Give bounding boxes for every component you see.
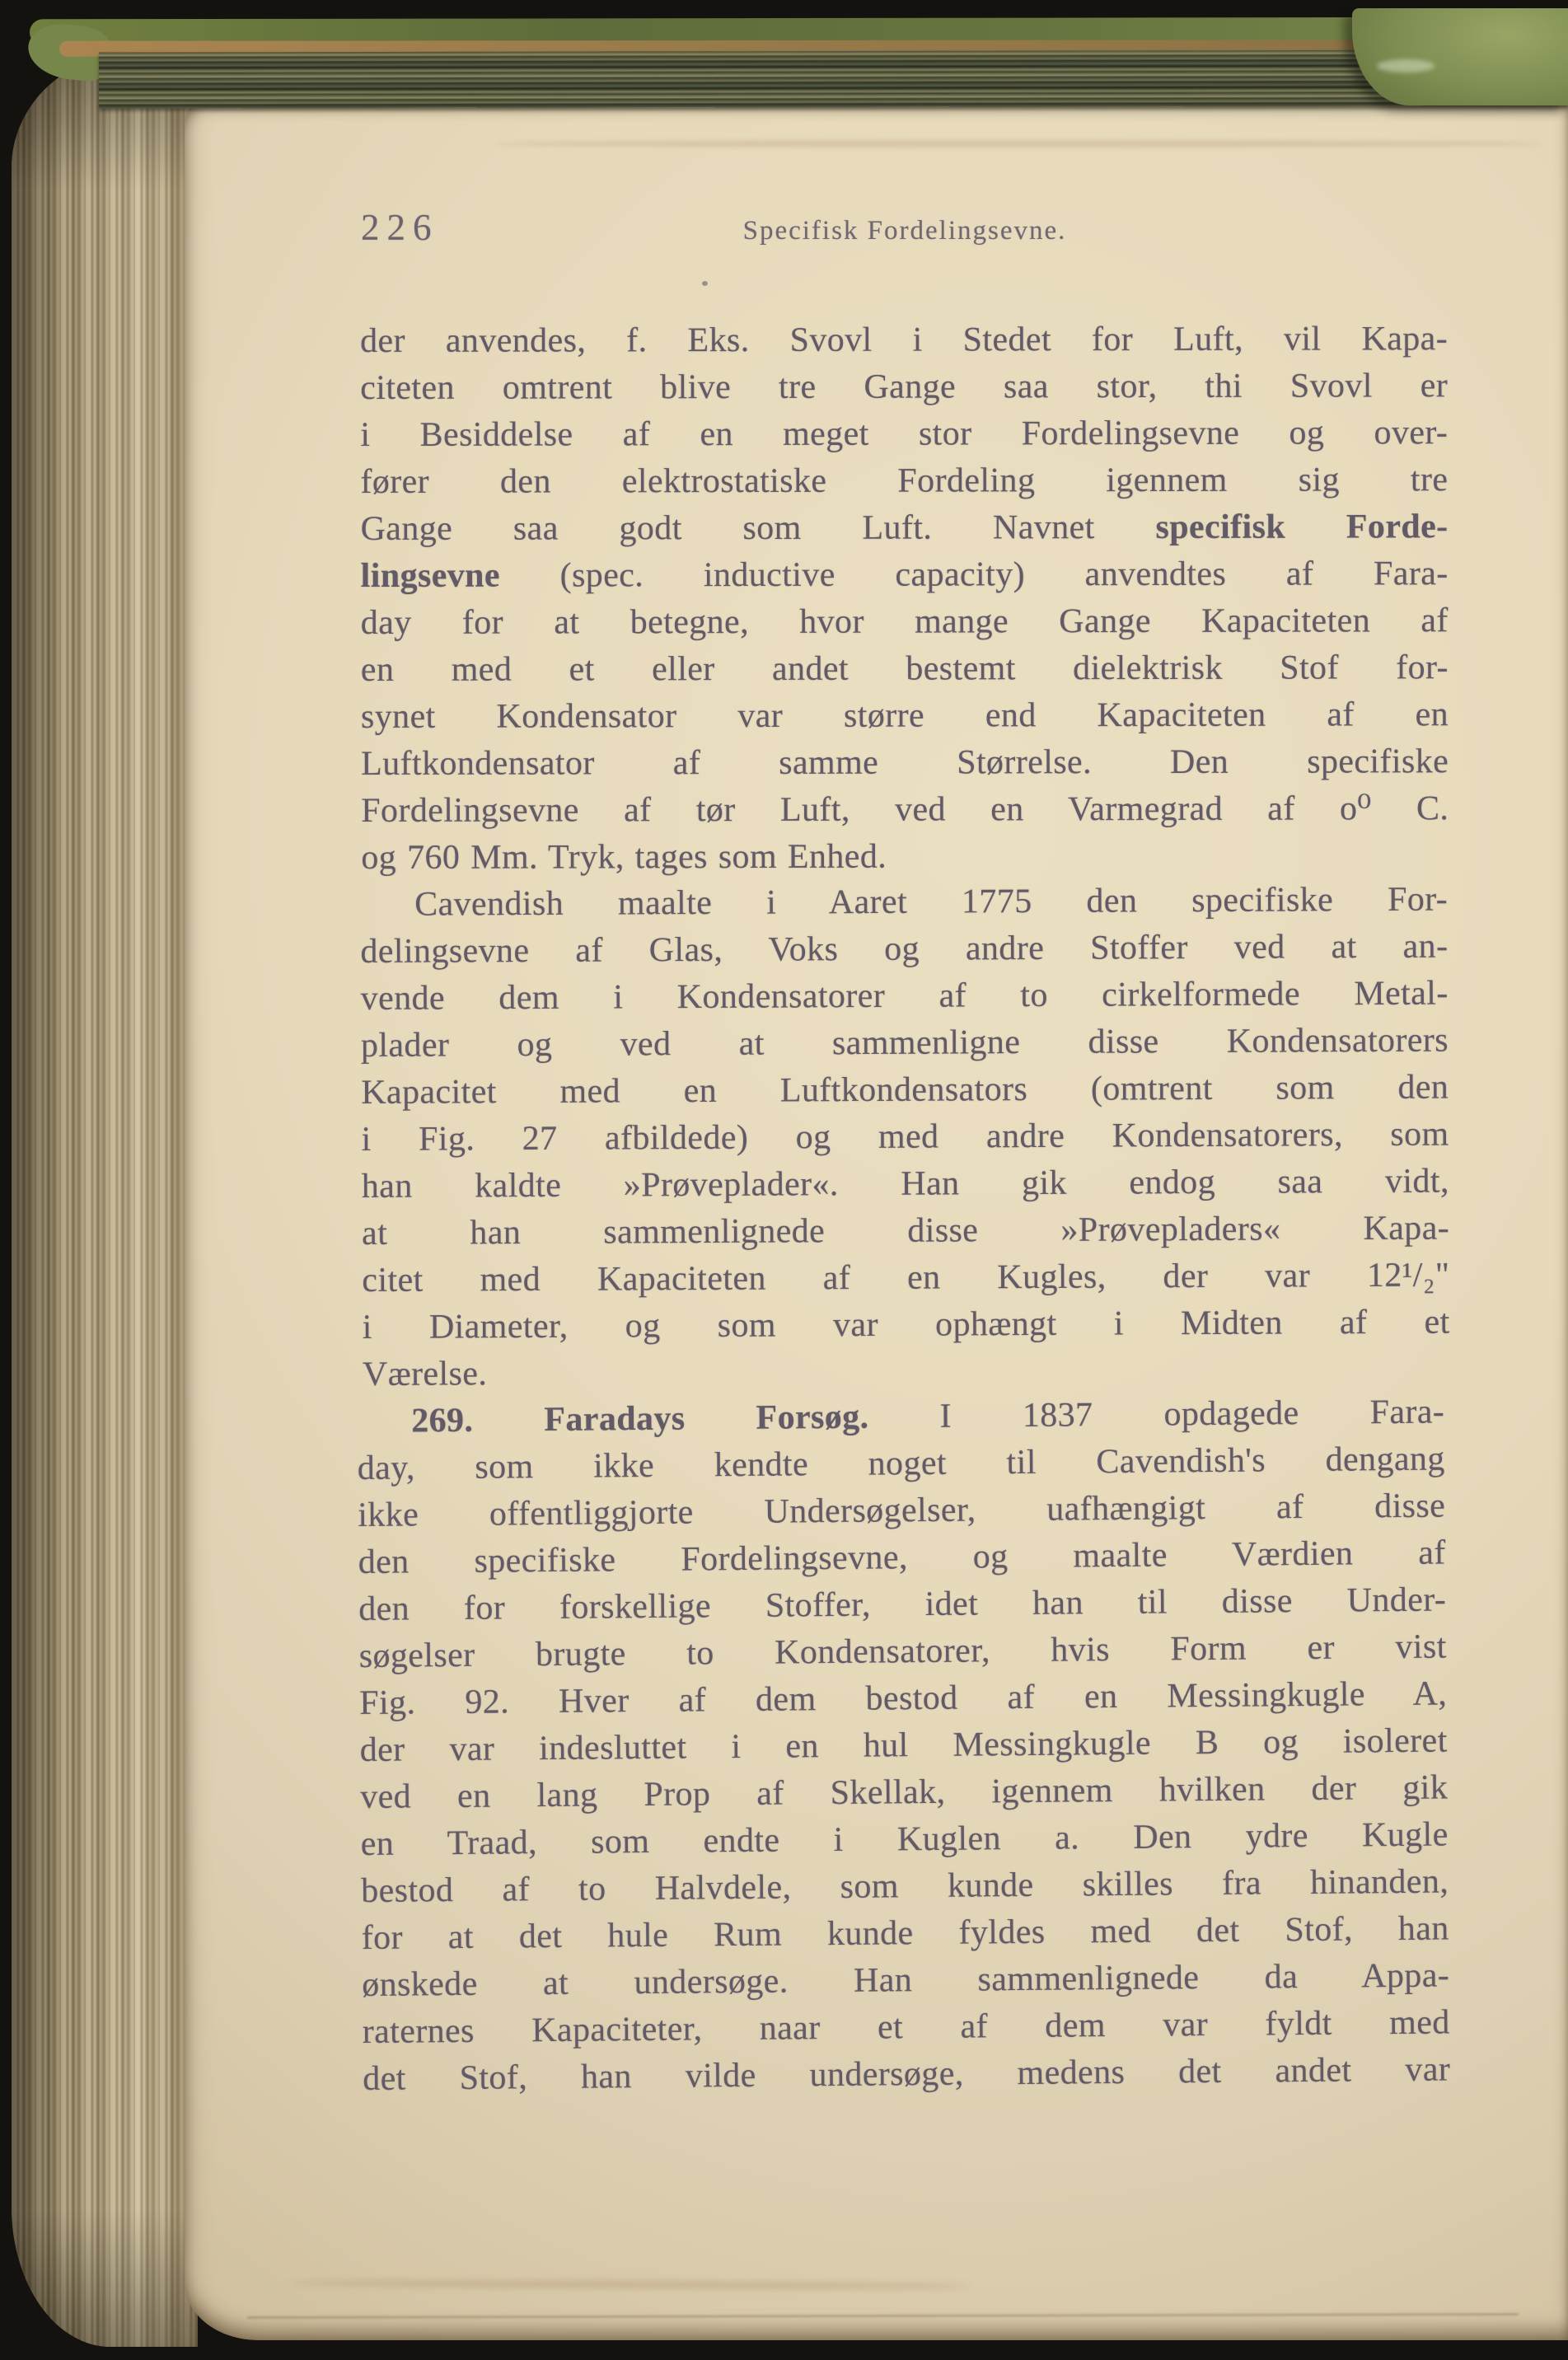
text-line: fører den elektrostatiske Fordeling igen…: [360, 457, 1448, 506]
text-segment: citet med Kapaciteten af en Kugles, der …: [362, 1257, 1449, 1299]
text-segment: delingsevne af Glas, Voks og andre Stoff…: [360, 928, 1448, 971]
paragraph: der anvendes, f. Eks. Svovl i Stedet for…: [360, 316, 1449, 882]
text-line: citeten omtrent blive tre Gange saa stor…: [360, 363, 1448, 412]
page-fore-edges: [12, 53, 198, 2347]
text-segment: det Stof, han vilde undersøge, medens de…: [363, 2050, 1450, 2098]
text-segment: citeten omtrent blive tre Gange saa stor…: [360, 367, 1448, 407]
text-segment: Kapacitet med en Luftkondensators (omtre…: [361, 1069, 1449, 1112]
paragraph: 269. Faradays Forsøg. I 1837 opdagede Fa…: [357, 1389, 1450, 2103]
text-segment: han kaldte »Prøveplader«. Han gik endog …: [362, 1163, 1449, 1206]
text-segment: ved en lang Prop af Skellak, igennem hvi…: [360, 1768, 1448, 1816]
text-line: i Diameter, og som var ophængt i Midten …: [363, 1299, 1450, 1351]
text-segment: fører den elektrostatiske Fordeling igen…: [360, 461, 1448, 501]
book-photo: 226 Specifisk Fordelingsevne. der anvend…: [0, 0, 1568, 2360]
text-line: day for at betegne, hvor mange Gange Kap…: [361, 597, 1449, 647]
text-line: lingsevne (spec. inductive capacity) anv…: [361, 550, 1449, 600]
text-segment: Luftkondensator af samme Størrelse. Den …: [361, 742, 1449, 783]
text-line: og 760 Mm. Tryk, tages som Enhed.: [361, 832, 1449, 882]
text-line: Luftkondensator af samme Størrelse. Den …: [361, 738, 1449, 788]
text-segment: i Besiddelse af en meget stor Fordelings…: [360, 414, 1448, 454]
text-line: vende dem i Kondensatorer af to cirkelfo…: [361, 971, 1449, 1023]
page-smudge-top: [494, 140, 1543, 147]
text-segment: at han sammenlignede disse »Prøvepladers…: [362, 1210, 1449, 1253]
text-segment: den specifiske Fordelingsevne, og maalte…: [358, 1534, 1446, 1582]
text-segment: synet Kondensator var større end Kapacit…: [361, 695, 1449, 736]
bold-text-segment: lingsevne: [361, 557, 500, 595]
text-line: plader og ved at sammenligne disse Konde…: [361, 1018, 1449, 1070]
page-top-edges: [99, 49, 1568, 108]
text-line: synet Kondensator var større end Kapacit…: [361, 691, 1449, 741]
text-segment: raternes Kapaciteter, naar et af dem var…: [363, 2003, 1450, 2051]
text-line: han kaldte »Prøveplader«. Han gik endog …: [362, 1159, 1449, 1210]
text-segment: den for forskellige Stoffer, idet han ti…: [358, 1581, 1446, 1629]
text-line: i Fig. 27 afbildede) og med andre Konden…: [361, 1112, 1449, 1164]
text-segment: plader og ved at sammenligne disse Konde…: [361, 1022, 1449, 1065]
text-segment: day, som ikke kendte noget til Cavendish…: [358, 1440, 1445, 1488]
running-header: Specifisk Fordelingsevne.: [361, 216, 1449, 246]
text-line: en med et eller andet bestemt dielektris…: [361, 644, 1449, 694]
bold-text-segment: specifisk Forde-: [1155, 508, 1448, 546]
paragraph: Cavendish maalte i Aaret 1775 den specif…: [360, 877, 1450, 1398]
text-segment: i Fig. 27 afbildede) og med andre Konden…: [361, 1116, 1449, 1159]
text-line: Kapacitet med en Luftkondensators (omtre…: [361, 1065, 1449, 1117]
page-text: der anvendes, f. Eks. Svovl i Stedet for…: [360, 318, 1448, 2103]
text-line: der anvendes, f. Eks. Svovl i Stedet for…: [360, 316, 1448, 365]
book-cover-corner-right: [1352, 8, 1568, 105]
text-segment: Fordelingsevne af tør Luft, ved en Varme…: [361, 789, 1449, 830]
text-line: at han sammenlignede disse »Prøvepladers…: [362, 1206, 1449, 1257]
text-segment: og 760 Mm. Tryk, tages som Enhed.: [361, 838, 887, 877]
text-segment: der anvendes, f. Eks. Svovl i Stedet for…: [360, 320, 1448, 360]
text-segment: en med et eller andet bestemt dielektris…: [361, 649, 1449, 689]
text-segment: ikke offentliggjorte Undersøgelser, uafh…: [358, 1487, 1445, 1535]
text-line: delingsevne af Glas, Voks og andre Stoff…: [360, 924, 1448, 976]
text-segment: I 1837 opdagede Fara-: [868, 1393, 1444, 1436]
text-segment: day for at betegne, hvor mange Gange Kap…: [361, 602, 1449, 642]
text-segment: vende dem i Kondensatorer af to cirkelfo…: [361, 975, 1449, 1018]
text-line: citet med Kapaciteten af en Kugles, der …: [362, 1253, 1449, 1304]
text-segment: Cavendish maalte i Aaret 1775 den specif…: [414, 881, 1448, 924]
text-line: Gange saa godt som Luft. Navnet specifis…: [360, 503, 1448, 553]
text-segment: søgelser brugte to Kondensatorer, hvis F…: [359, 1628, 1447, 1676]
text-line: det Stof, han vilde undersøge, medens de…: [363, 2046, 1450, 2103]
text-segment: i Diameter, og som var ophængt i Midten …: [363, 1304, 1450, 1346]
text-segment: Gange saa godt som Luft. Navnet: [360, 508, 1155, 548]
text-segment: der var indesluttet i en hul Messingkugl…: [360, 1722, 1448, 1770]
bold-text-segment: 269. Faradays Forsøg.: [411, 1398, 869, 1440]
text-segment: Værelse.: [363, 1355, 488, 1393]
text-segment: ønskede at undersøge. Han sammenlignede …: [362, 1956, 1449, 2004]
text-segment: en Traad, som endte i Kuglen a. Den ydre…: [361, 1815, 1449, 1863]
text-segment: (spec. inductive capacity) anvendtes af …: [500, 555, 1449, 594]
text-line: Cavendish maalte i Aaret 1775 den specif…: [360, 877, 1448, 929]
text-segment: for at det hule Rum kunde fyldes med det…: [362, 1909, 1449, 1957]
text-line: Fordelingsevne af tør Luft, ved en Varme…: [361, 785, 1449, 835]
ink-speck: [702, 281, 708, 286]
text-segment: Fig. 92. Hver af dem bestod af en Messin…: [359, 1675, 1447, 1723]
text-line: i Besiddelse af en meget stor Fordelings…: [360, 410, 1448, 459]
text-segment: bestod af to Halvdele, som kunde skilles…: [361, 1862, 1449, 1910]
